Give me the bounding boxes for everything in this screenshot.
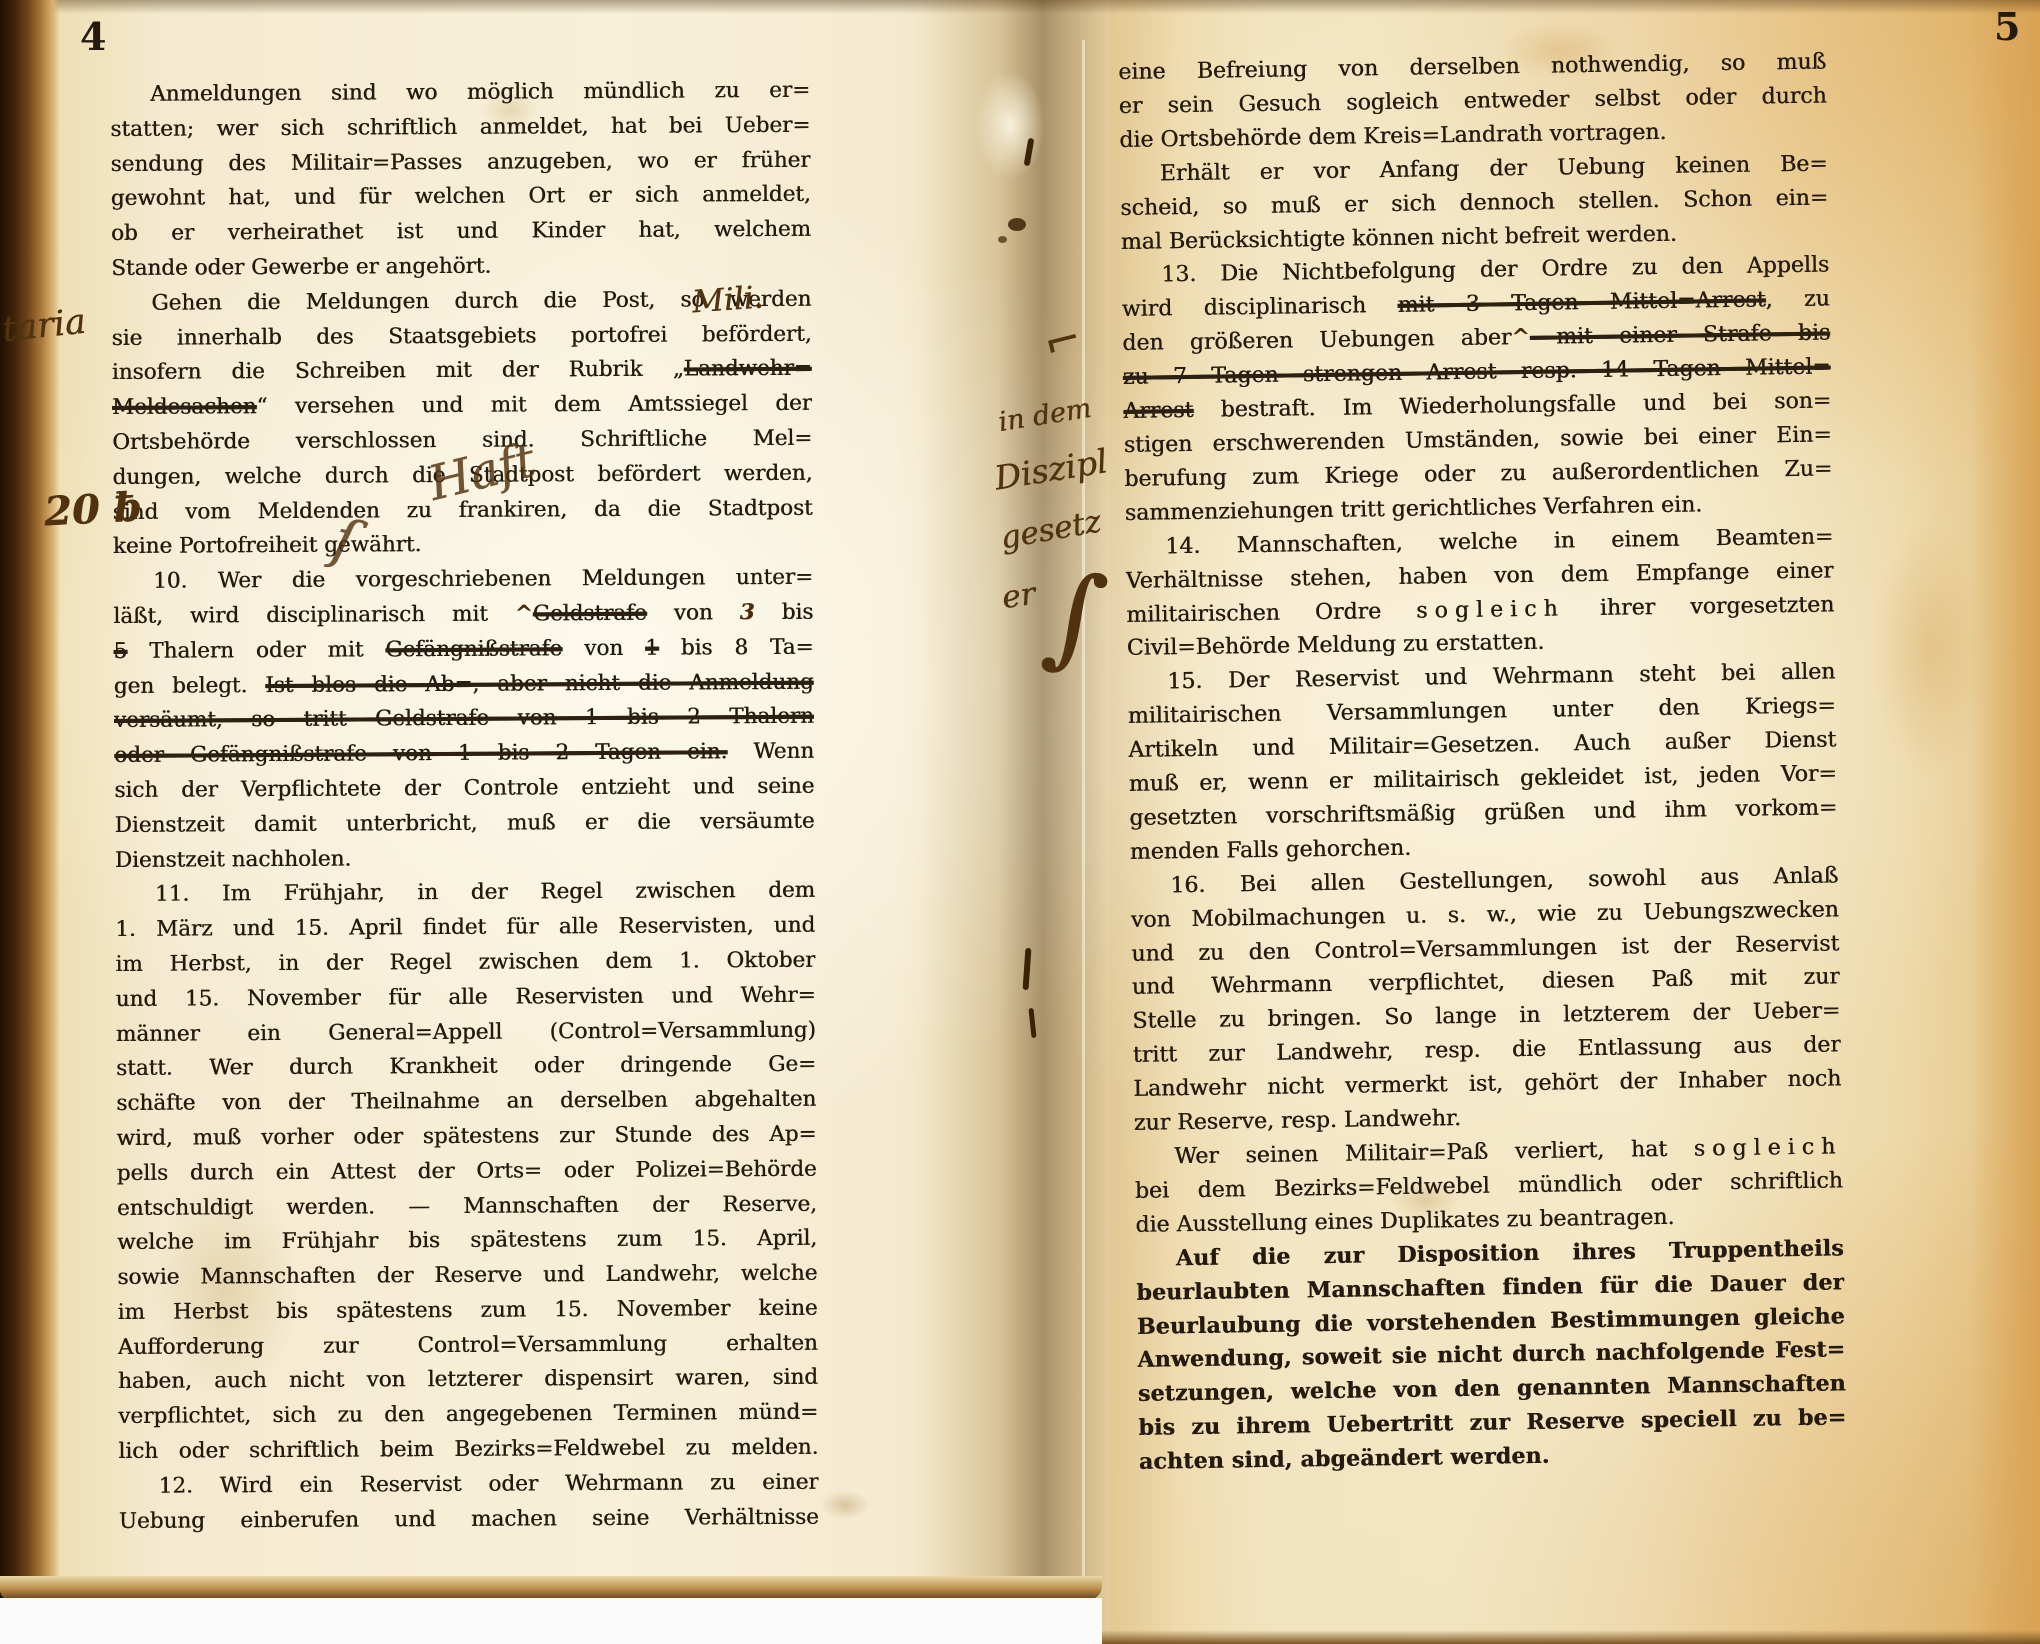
paragraph: eine Befreiung von derselben nothwendig,… [1118,45,1827,157]
text-line: lich oder schriftlich beim Bezirks=Feldw… [118,1431,818,1470]
text-line: Stande oder Gewerbe er angehört. [111,248,811,287]
paragraph: 11. Im Frühjahr, in der Regel zwischen d… [115,874,819,1470]
ink-blot [1008,218,1026,231]
text-line: schäfte von der Theilnahme an derselben … [116,1083,816,1122]
handwritten-margin-20: 20 ƀ [43,483,143,535]
book-scan: 4 5 Anmeldungen sind wo möglich mündlich… [0,0,2040,1644]
text-line: männer ein General=Appell (Control=Versa… [116,1013,816,1052]
text-line: 10. Wer die vorgeschriebenen Meldungen u… [113,561,813,600]
text-line: versäumt, so tritt Geldstrafe von 1 bis … [114,700,814,739]
paragraph: 12. Wird ein Reservist oder Wehrmann zu … [119,1466,819,1540]
text-line: verpflichtet, sich zu den angegebenen Te… [118,1396,818,1435]
paragraph: Anmeldungen sind wo möglich mündlich zu … [110,74,811,287]
paragraph: 14. Mannschaften, welche in einem Beamte… [1125,520,1835,666]
page-edge-right [1970,0,2040,1644]
text-line: gen belegt. Ist blos die Ab=, aber nicht… [114,665,814,704]
text-line: 1. März und 15. April findet für alle Re… [115,909,815,948]
text-line: sowie Mannschaften der Reserve und Landw… [117,1257,817,1296]
paper-stain [820,1490,870,1520]
text-line: sich der Verpflichtete der Controle entz… [114,770,814,809]
text-line: welche im Frühjahr bis spätestens zum 15… [117,1222,817,1261]
text-line: ob er verheirathet ist und Kinder hat, w… [111,213,811,252]
text-line: sendung des Militair=Passes anzugeben, w… [110,143,810,182]
text-line: sie innerhalb des Staatsgebiets portofre… [111,317,811,356]
text-line: Meldesachen“ versehen und mit dem Amtssi… [112,387,812,426]
handwritten-correction-mili: Mili. [691,280,765,321]
text-line: Aufforderung zur Control=Versammlung erh… [118,1326,818,1365]
text-line: wird, muß vorher oder spätestens zur Stu… [116,1118,816,1157]
paragraph: 15. Der Reservist und Wehrmann steht bei… [1127,656,1838,870]
page-5-text-column: eine Befreiung von derselben nothwendig,… [1118,45,1847,1479]
page-edge-bottom-left [0,1576,1102,1600]
page-number-left: 4 [80,14,106,59]
text-line: pells durch ein Attest der Orts= oder Po… [117,1152,817,1191]
text-line: Uebung einberufen und machen seine Verhä… [119,1500,819,1539]
handwritten-correction-taria: taria [0,302,87,351]
text-line: Dienstzeit nachholen. [115,839,815,878]
text-line: läßt, wird disciplinarisch mit ^Geldstra… [113,596,813,635]
paragraph: 13. Die Nichtbefolgung der Ordre zu den … [1121,249,1833,531]
text-line: und 15. November für alle Reservisten un… [116,978,816,1017]
text-line: insofern die Schreiben mit der Rubrik „L… [112,352,812,391]
paragraph: Wer seinen Militair=Paß verliert, hat so… [1134,1130,1843,1242]
paragraph: 16. Bei allen Gestellungen, sowohl aus A… [1130,859,1842,1141]
text-line: Anmeldungen sind wo möglich mündlich zu … [110,74,810,113]
text-line: Dienstzeit damit unterbricht, muß er die… [114,804,814,843]
text-line: entschuldigt werden. — Mannschaften der … [117,1187,817,1226]
paragraph: Erhält er vor Anfang der Uebung keinen B… [1120,147,1829,259]
text-line: 11. Im Frühjahr, in der Regel zwischen d… [115,874,815,913]
text-line: im Herbst, in der Regel zwischen dem 1. … [115,944,815,983]
paragraph: Gehen die Meldungen durch die Post, so w… [111,283,813,566]
ink-blot [998,236,1007,243]
text-line: statt. Wer durch Krankheit oder dringend… [116,1048,816,1087]
paper-stain [1870,520,1990,780]
text-line: statten; wer sich schriftlich anmeldet, … [110,109,810,148]
page-number-right: 5 [1994,4,2020,49]
text-line: haben, auch nicht von letzterer dispensi… [118,1361,818,1400]
page-edge-bottom-right [1102,1630,2040,1644]
book-spine-edge [0,0,60,1608]
text-line: keine Portofreiheit gewährt. [113,526,813,565]
binding-tear [975,70,1045,180]
handwritten-note-line-4: er [1000,576,1038,616]
paragraph: Auf die zur Disposition ihres Truppenthe… [1136,1232,1847,1480]
gutter-crease [1082,40,1085,1600]
text-line: 5 Thalern oder mit Gefängnißstrafe von 1… [113,630,813,669]
text-line: oder Gefängnißstrafe von 1 bis 2 Tagen e… [114,735,814,774]
paragraph: 10. Wer die vorgeschriebenen Meldungen u… [113,561,815,878]
scanner-background [0,1598,1102,1644]
text-line: im Herbst bis spätestens zum 15. Novembe… [117,1292,817,1331]
text-line: 12. Wird ein Reservist oder Wehrmann zu … [119,1466,819,1505]
text-line: gewohnt hat, und für welchen Ort er sich… [111,178,811,217]
